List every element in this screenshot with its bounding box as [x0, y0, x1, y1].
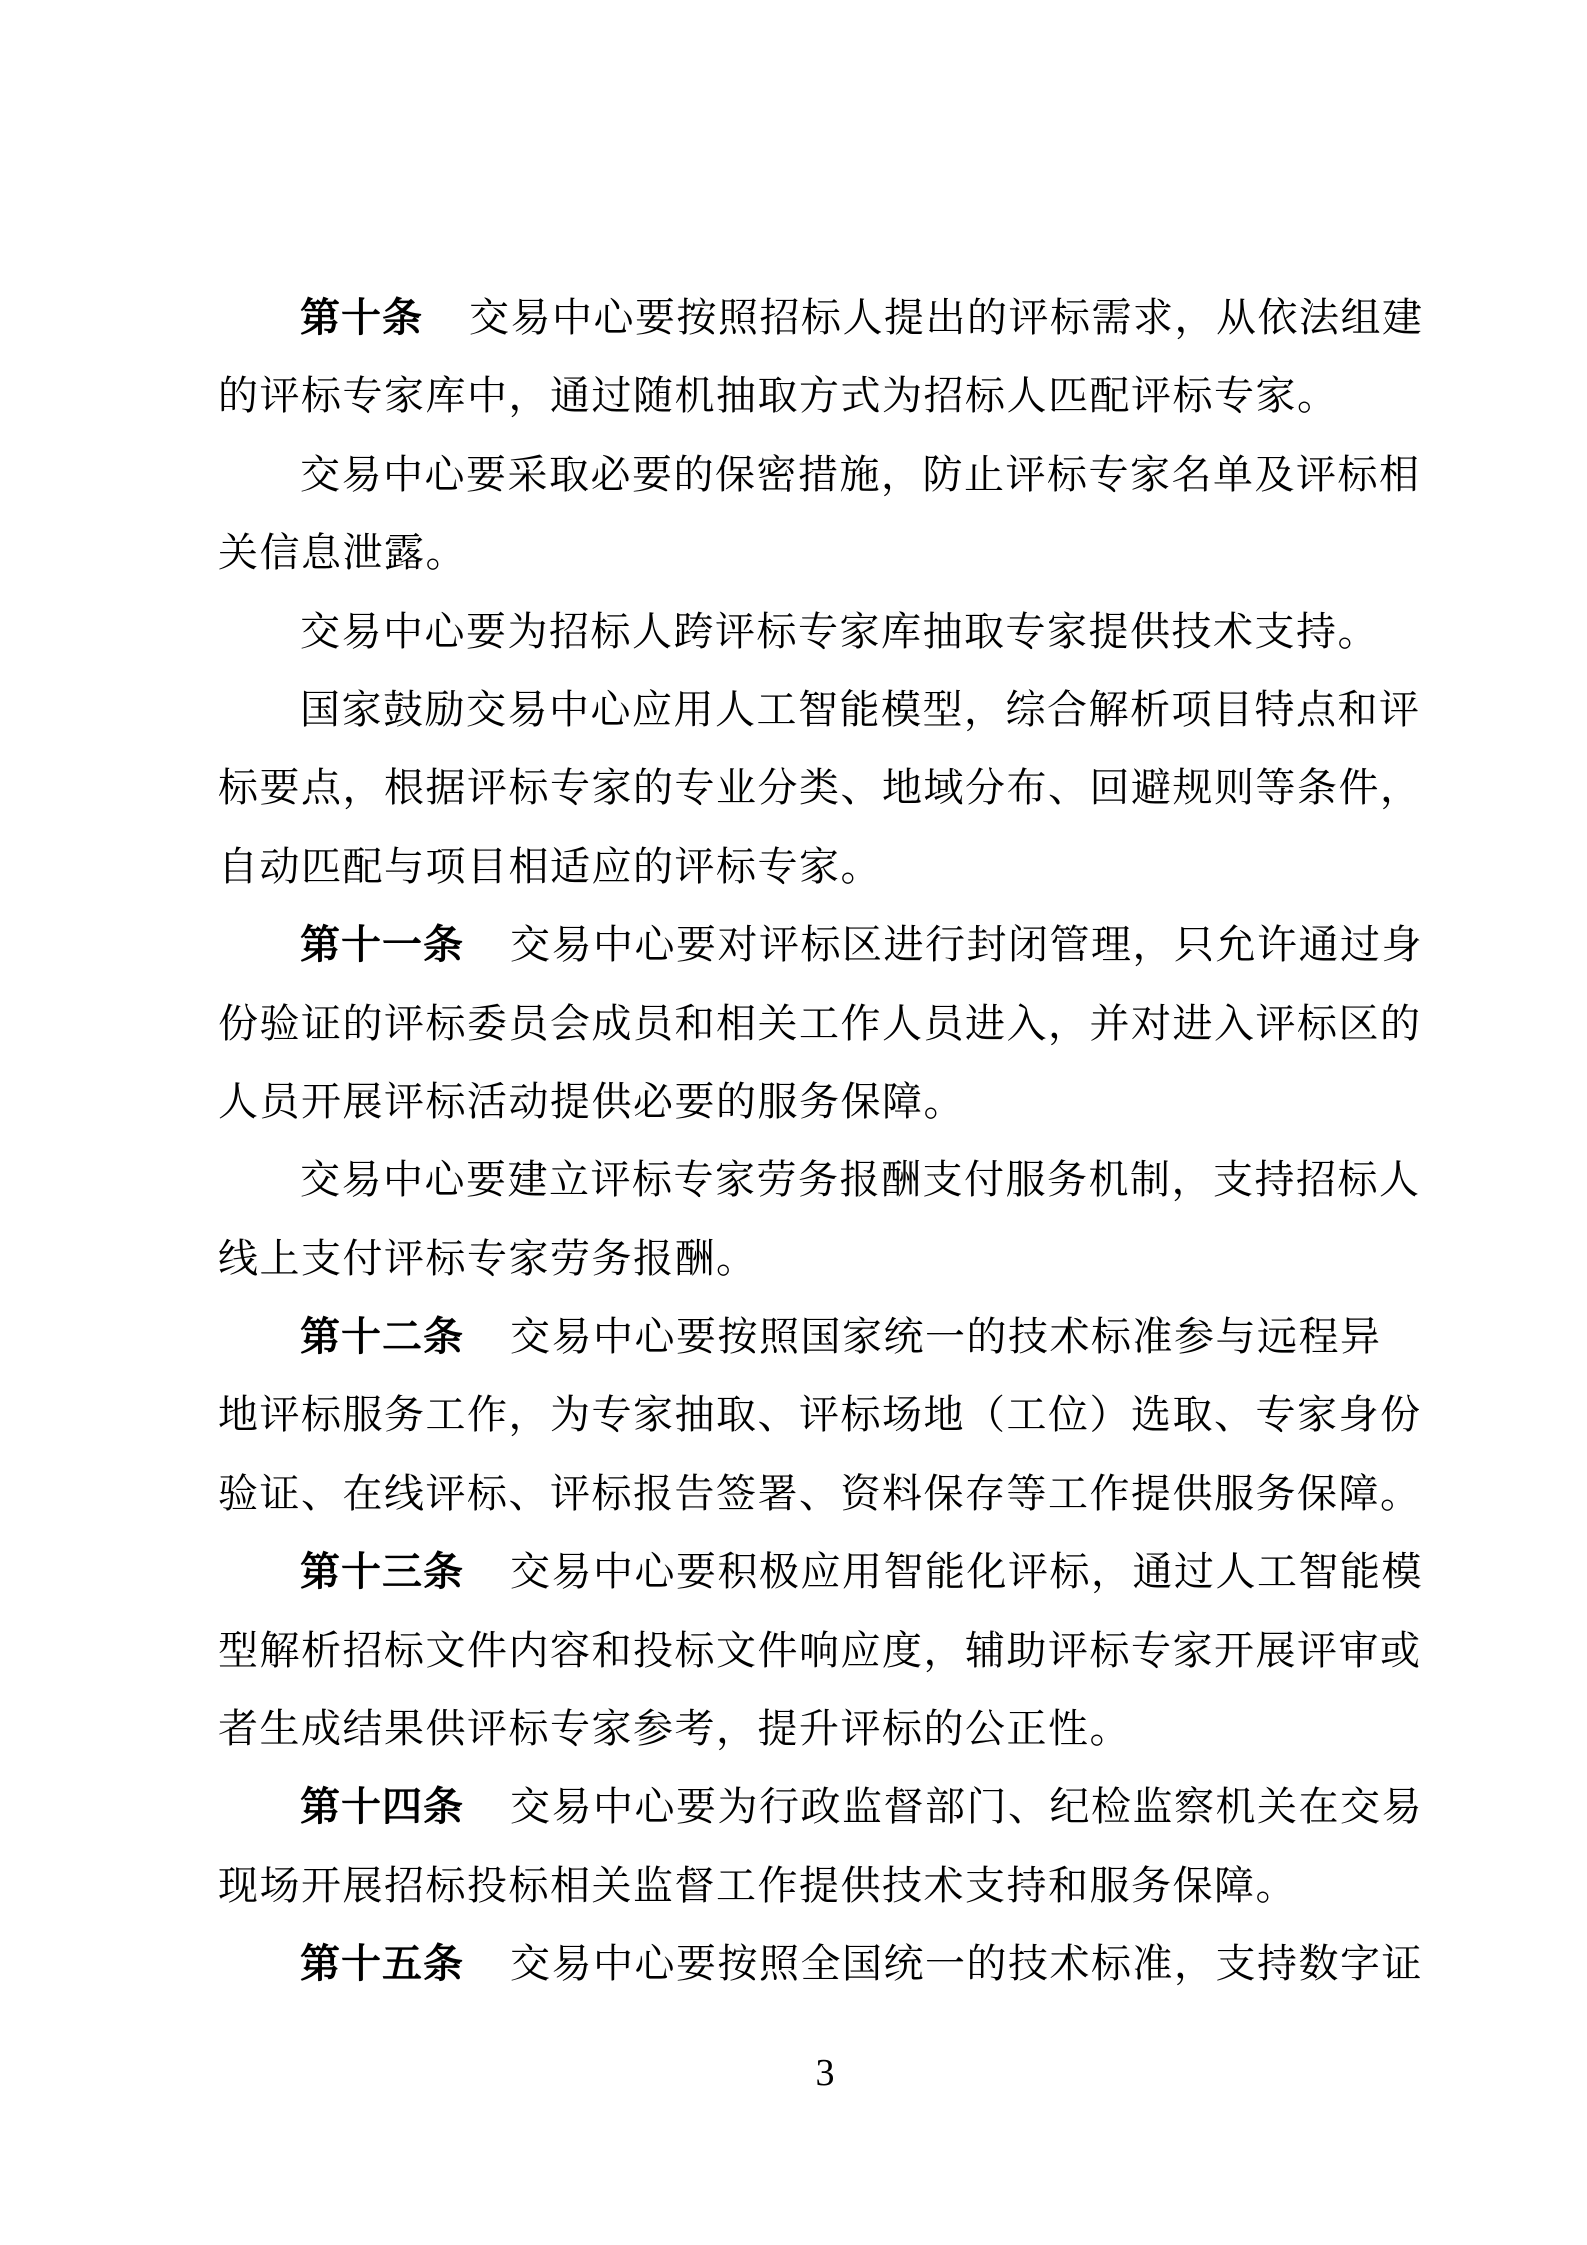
article-number: 第十四条 [300, 1785, 464, 1829]
paragraph-line: 标要点，根据评标专家的专业分类、地域分布、回避规则等条件， [218, 749, 1374, 827]
page-number: 3 [816, 2052, 835, 2094]
line-text: 标要点，根据评标专家的专业分类、地域分布、回避规则等条件， [218, 765, 1422, 810]
line-text: 地评标服务工作，为专家抽取、评标场地（工位）选取、专家身份 [218, 1392, 1422, 1437]
line-text: 自动匹配与项目相适应的评标专家。 [218, 844, 882, 889]
paragraph-line: 交易中心要为招标人跨评标专家库抽取专家提供技术支持。 [218, 593, 1374, 671]
paragraph-line: 的评标专家库中，通过随机抽取方式为招标人匹配评标专家。 [218, 357, 1374, 435]
line-text: 验证、在线评标、评标报告签署、资料保存等工作提供服务保障。 [218, 1471, 1422, 1516]
line-text: 人员开展评标活动提供必要的服务保障。 [218, 1079, 965, 1124]
paragraph-line: 第十一条交易中心要对评标区进行封闭管理，只允许通过身 [218, 906, 1374, 984]
line-text: 交易中心要按照国家统一的技术标准参与远程异 [510, 1314, 1382, 1359]
line-text: 份验证的评标委员会成员和相关工作人员进入，并对进入评标区的 [218, 1001, 1422, 1046]
paragraph-line: 型解析招标文件内容和投标文件响应度，辅助评标专家开展评审或 [218, 1612, 1374, 1690]
document-body: 第十条交易中心要按照招标人提出的评标需求，从依法组建的评标专家库中，通过随机抽取… [218, 279, 1374, 2004]
paragraph-line: 验证、在线评标、评标报告签署、资料保存等工作提供服务保障。 [218, 1455, 1374, 1533]
paragraph-line: 交易中心要建立评标专家劳务报酬支付服务机制，支持招标人 [218, 1141, 1374, 1219]
paragraph-line: 人员开展评标活动提供必要的服务保障。 [218, 1063, 1374, 1141]
line-text: 交易中心要采取必要的保密措施，防止评标专家名单及评标相 [300, 452, 1421, 497]
line-text: 交易中心要对评标区进行封闭管理，只允许通过身 [510, 922, 1423, 967]
paragraph-line: 国家鼓励交易中心应用人工智能模型，综合解析项目特点和评 [218, 671, 1374, 749]
article-number: 第十二条 [300, 1315, 464, 1359]
line-text: 交易中心要按照招标人提出的评标需求，从依法组建 [469, 295, 1424, 340]
line-text: 型解析招标文件内容和投标文件响应度，辅助评标专家开展评审或 [218, 1628, 1422, 1673]
paragraph-line: 自动匹配与项目相适应的评标专家。 [218, 828, 1374, 906]
article-number: 第十条 [300, 296, 423, 340]
paragraph-line: 第十五条交易中心要按照全国统一的技术标准，支持数字证 [218, 1925, 1374, 2003]
line-text: 交易中心要建立评标专家劳务报酬支付服务机制，支持招标人 [300, 1157, 1421, 1202]
paragraph-line: 现场开展招标投标相关监督工作提供技术支持和服务保障。 [218, 1847, 1374, 1925]
paragraph-line: 地评标服务工作，为专家抽取、评标场地（工位）选取、专家身份 [218, 1376, 1374, 1454]
line-text: 交易中心要按照全国统一的技术标准，支持数字证 [510, 1941, 1423, 1986]
paragraph-line: 线上支付评标专家劳务报酬。 [218, 1220, 1374, 1298]
paragraph-line: 关信息泄露。 [218, 514, 1374, 592]
line-text: 交易中心要为招标人跨评标专家库抽取专家提供技术支持。 [300, 609, 1379, 654]
paragraph-line: 份验证的评标委员会成员和相关工作人员进入，并对进入评标区的 [218, 985, 1374, 1063]
article-number: 第十五条 [300, 1942, 464, 1986]
line-text: 线上支付评标专家劳务报酬。 [218, 1236, 758, 1281]
line-text: 现场开展招标投标相关监督工作提供技术支持和服务保障。 [218, 1863, 1297, 1908]
paragraph-line: 第十二条交易中心要按照国家统一的技术标准参与远程异 [218, 1298, 1374, 1376]
line-text: 者生成结果供评标专家参考，提升评标的公正性。 [218, 1706, 1131, 1751]
paragraph-line: 第十条交易中心要按照招标人提出的评标需求，从依法组建 [218, 279, 1374, 357]
document-page: 第十条交易中心要按照招标人提出的评标需求，从依法组建的评标专家库中，通过随机抽取… [0, 0, 1587, 2245]
paragraph-line: 第十四条交易中心要为行政监督部门、纪检监察机关在交易 [218, 1768, 1374, 1846]
line-text: 关信息泄露。 [218, 530, 467, 575]
line-text: 交易中心要为行政监督部门、纪检监察机关在交易 [510, 1784, 1423, 1829]
paragraph-line: 者生成结果供评标专家参考，提升评标的公正性。 [218, 1690, 1374, 1768]
article-number: 第十三条 [300, 1550, 464, 1594]
paragraph-line: 交易中心要采取必要的保密措施，防止评标专家名单及评标相 [218, 436, 1374, 514]
line-text: 的评标专家库中，通过随机抽取方式为招标人匹配评标专家。 [218, 373, 1339, 418]
line-text: 交易中心要积极应用智能化评标，通过人工智能模 [510, 1549, 1423, 1594]
article-number: 第十一条 [300, 923, 464, 967]
paragraph-line: 第十三条交易中心要积极应用智能化评标，通过人工智能模 [218, 1533, 1374, 1611]
line-text: 国家鼓励交易中心应用人工智能模型，综合解析项目特点和评 [300, 687, 1421, 732]
